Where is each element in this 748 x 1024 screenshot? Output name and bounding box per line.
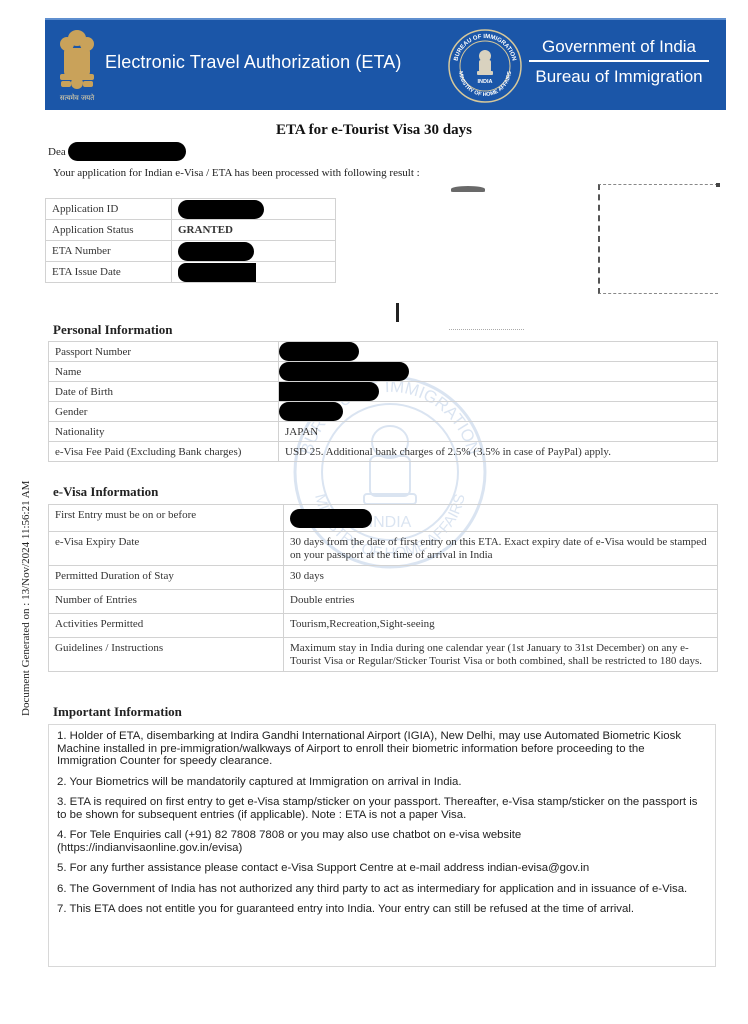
row-value: [279, 342, 718, 362]
activities-value: Tourism,Recreation,Sight-seeing: [284, 614, 718, 638]
intro-text: Your application for Indian e-Visa / ETA…: [53, 167, 420, 179]
personal-information-heading: Personal Information: [53, 322, 173, 338]
table-row: Activities Permitted Tourism,Recreation,…: [49, 614, 718, 638]
photo-placeholder: [598, 184, 718, 294]
redacted-name: [68, 142, 186, 161]
list-item: 4. For Tele Enquiries call (+91) 82 7808…: [57, 829, 707, 854]
table-row: Application ID: [46, 199, 336, 220]
row-label: Application Status: [46, 220, 172, 241]
document-title: ETA for e-Tourist Visa 30 days: [0, 122, 748, 139]
table-row: Date of Birth: [49, 382, 718, 402]
list-item: 3. ETA is required on first entry to get…: [57, 796, 707, 821]
row-label: Name: [49, 362, 279, 382]
row-value: [172, 199, 336, 220]
row-value: [279, 382, 718, 402]
important-information-box: 1. Holder of ETA, disembarking at Indira…: [48, 724, 716, 967]
banner-title: Electronic Travel Authorization (ETA): [105, 52, 401, 73]
scan-artifact: [451, 186, 485, 192]
row-label: e-Visa Fee Paid (Excluding Bank charges): [49, 442, 279, 462]
svg-text:सत्यमेव जयते: सत्यमेव जयते: [60, 93, 95, 102]
table-row: e-Visa Expiry Date 30 days from the date…: [49, 532, 718, 566]
table-row: Name: [49, 362, 718, 382]
scan-artifact: [449, 329, 524, 332]
table-row: Guidelines / Instructions Maximum stay i…: [49, 638, 718, 672]
row-label: ETA Number: [46, 241, 172, 262]
application-table: Application ID Application Status GRANTE…: [45, 198, 336, 283]
document-generated-stamp: Document Generated on : 13/Nov/2024 11:5…: [20, 481, 32, 716]
table-row: Passport Number: [49, 342, 718, 362]
header-banner: सत्यमेव जयते Electronic Travel Authoriza…: [45, 18, 726, 110]
bureau-of-immigration-label: Bureau of Immigration: [529, 66, 709, 88]
evisa-information-heading: e-Visa Information: [53, 484, 158, 500]
important-information-heading: Important Information: [53, 704, 182, 720]
row-label: First Entry must be on or before: [49, 505, 284, 532]
application-status-value: GRANTED: [172, 220, 336, 241]
svg-text:INDIA: INDIA: [478, 79, 493, 85]
table-row: Permitted Duration of Stay 30 days: [49, 566, 718, 590]
row-label: Guidelines / Instructions: [49, 638, 284, 672]
entries-value: Double entries: [284, 590, 718, 614]
table-row: ETA Issue Date: [46, 262, 336, 283]
expiry-value: 30 days from the date of first entry on …: [284, 532, 718, 566]
row-label: Nationality: [49, 422, 279, 442]
row-value: [284, 505, 718, 532]
table-row: First Entry must be on or before: [49, 505, 718, 532]
row-label: Passport Number: [49, 342, 279, 362]
redaction: [178, 263, 256, 282]
list-item: 6. The Government of India has not autho…: [57, 883, 707, 896]
national-emblem-icon: सत्यमेव जयते: [55, 26, 99, 104]
bureau-seal-icon: BUREAU OF IMMIGRATION MINISTRY OF HOME A…: [447, 28, 523, 104]
row-label: Date of Birth: [49, 382, 279, 402]
table-row: ETA Number: [46, 241, 336, 262]
evisa-information-table: First Entry must be on or before e-Visa …: [48, 504, 718, 672]
scan-artifact: [396, 303, 399, 322]
row-label: Gender: [49, 402, 279, 422]
redaction: [279, 342, 359, 361]
list-item: 2. Your Biometrics will be mandatorily c…: [57, 776, 707, 789]
row-value: [172, 262, 336, 283]
row-label: Permitted Duration of Stay: [49, 566, 284, 590]
redaction: [279, 362, 409, 381]
table-row: e-Visa Fee Paid (Excluding Bank charges)…: [49, 442, 718, 462]
salutation: Dea: [48, 146, 66, 158]
list-item: 1. Holder of ETA, disembarking at Indira…: [57, 730, 707, 768]
row-value: [172, 241, 336, 262]
row-label: ETA Issue Date: [46, 262, 172, 283]
list-item: 7. This ETA does not entitle you for gua…: [57, 903, 707, 916]
table-row: Application Status GRANTED: [46, 220, 336, 241]
row-label: Application ID: [46, 199, 172, 220]
redaction: [279, 382, 379, 401]
row-label: e-Visa Expiry Date: [49, 532, 284, 566]
fee-value: USD 25. Additional bank charges of 2.5% …: [279, 442, 718, 462]
table-row: Nationality JAPAN: [49, 422, 718, 442]
duration-value: 30 days: [284, 566, 718, 590]
divider: [529, 60, 709, 62]
redaction: [279, 402, 343, 421]
row-value: [279, 362, 718, 382]
table-row: Number of Entries Double entries: [49, 590, 718, 614]
row-value: [279, 402, 718, 422]
personal-information-table: Passport Number Name Date of Birth Gende…: [48, 341, 718, 462]
nationality-value: JAPAN: [279, 422, 718, 442]
table-row: Gender: [49, 402, 718, 422]
guidelines-value: Maximum stay in India during one calenda…: [284, 638, 718, 672]
redaction: [178, 242, 254, 261]
government-of-india-label: Government of India: [529, 36, 709, 58]
row-label: Activities Permitted: [49, 614, 284, 638]
list-item: 5. For any further assistance please con…: [57, 862, 707, 875]
redaction: [290, 509, 372, 528]
row-label: Number of Entries: [49, 590, 284, 614]
redaction: [178, 200, 264, 219]
government-block: Government of India Bureau of Immigratio…: [529, 36, 709, 88]
salutation-text: Dea: [48, 146, 66, 158]
